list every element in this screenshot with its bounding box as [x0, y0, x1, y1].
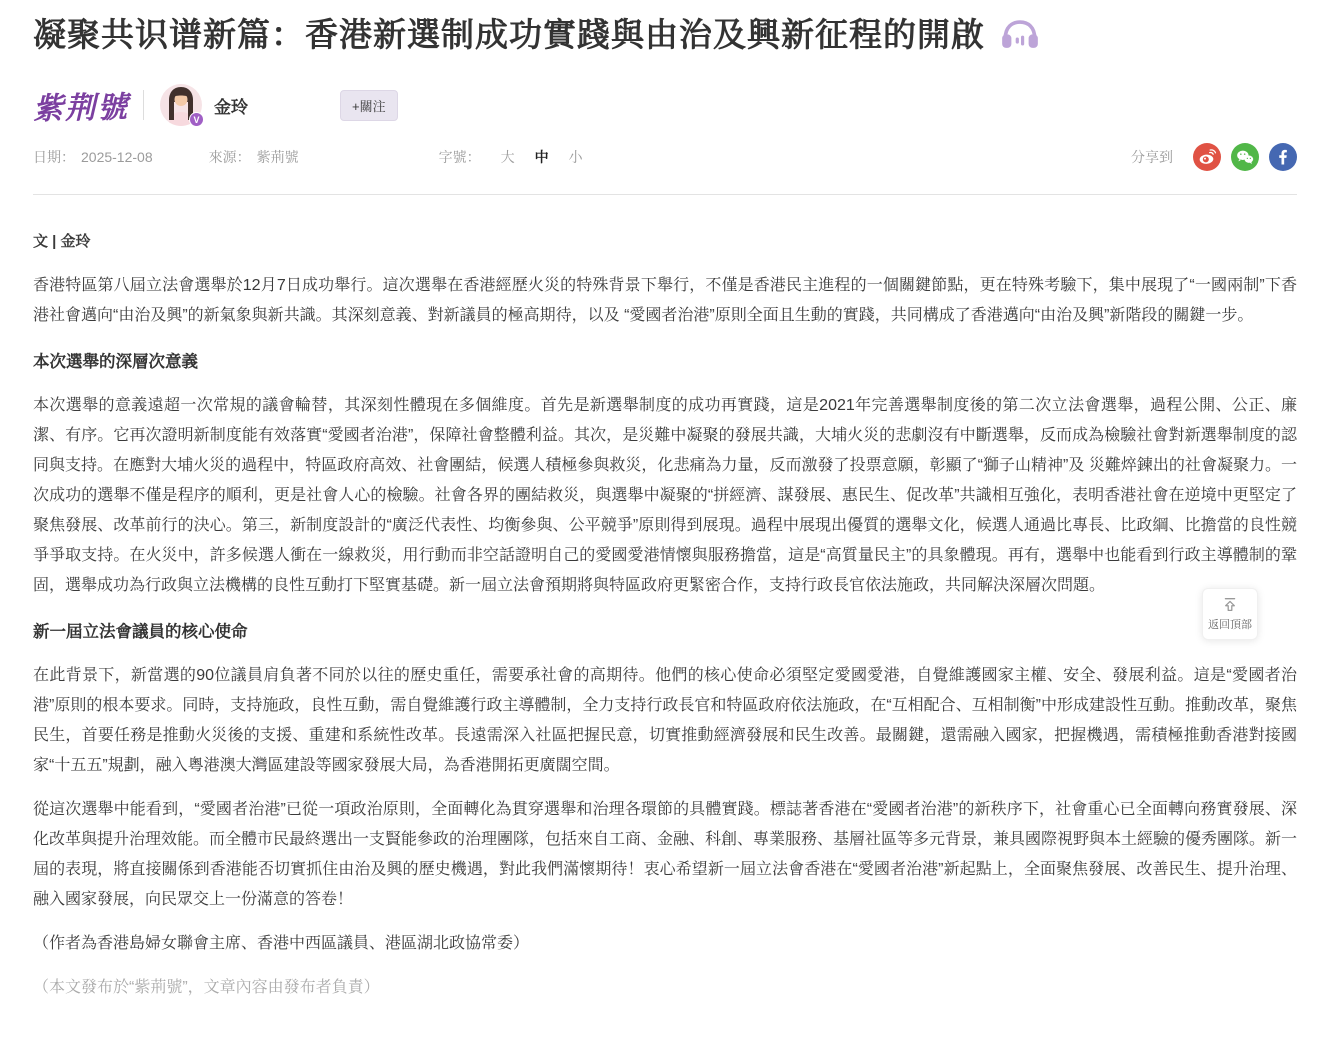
font-size-option-large[interactable]: 大: [501, 147, 515, 167]
back-to-top-button[interactable]: 返回頂部: [1202, 588, 1258, 640]
source-value: 紫荊號: [257, 147, 299, 167]
weibo-share-icon[interactable]: [1193, 143, 1221, 171]
follow-button[interactable]: +關注: [340, 90, 398, 121]
font-size-option-small[interactable]: 小: [569, 147, 583, 167]
date-label: 日期：: [33, 147, 75, 167]
meta-bar: 日期： 2025-12-08 來源： 紫荊號 字號： 大 中 小 分享到: [33, 142, 1297, 172]
author-avatar[interactable]: V: [160, 84, 202, 126]
page-title: 凝聚共识谱新篇：香港新選制成功實踐與由治及興新征程的開啟: [33, 12, 1297, 58]
verified-badge: V: [189, 112, 204, 127]
wechat-share-icon[interactable]: [1231, 143, 1259, 171]
font-size-label: 字號：: [439, 147, 481, 167]
date-value: 2025-12-08: [81, 149, 153, 165]
page-title-text: 凝聚共识谱新篇：香港新選制成功實踐與由治及興新征程的開啟: [33, 12, 985, 58]
back-to-top-label: 返回頂部: [1208, 616, 1252, 632]
author-bar: 紫荆號 V 金玲 +關注: [33, 82, 1297, 128]
article-paragraph: 本次選舉的意義遠超一次常規的議會輪替，其深刻性體現在多個維度。首先是新選舉制度的…: [33, 391, 1297, 601]
share-label: 分享到: [1131, 147, 1173, 167]
arrow-up-icon: [1221, 596, 1239, 614]
article-paragraph: 在此背景下，新當選的90位議員肩負著不同於以往的歷史重任，需要承社會的高期待。他…: [33, 661, 1297, 781]
article-disclaimer: （本文發布於“紫荊號”，文章內容由發布者負責）: [33, 973, 1297, 1003]
article-page: 凝聚共识谱新篇：香港新選制成功實踐與由治及興新征程的開啟 紫荆號 V 金玲 +關…: [0, 0, 1319, 1037]
font-size-control: 字號： 大 中 小: [439, 147, 583, 167]
article-byline: 文 | 金玲: [33, 227, 1297, 257]
facebook-share-icon[interactable]: [1269, 143, 1297, 171]
font-size-option-medium[interactable]: 中: [535, 147, 549, 167]
share-bar: 分享到: [1131, 143, 1297, 171]
section-heading: 新一屆立法會議員的核心使命: [33, 617, 1297, 647]
vertical-divider: [143, 90, 144, 120]
author-name[interactable]: 金玲: [214, 93, 248, 118]
headphone-icon[interactable]: [999, 19, 1041, 51]
article-body: 文 | 金玲 香港特區第八屆立法會選舉於12月7日成功舉行。這次選舉在香港經歷火…: [33, 195, 1297, 1003]
article-paragraph: 從這次選舉中能看到，“愛國者治港”已從一項政治原則，全面轉化為貫穿選舉和治理各環…: [33, 795, 1297, 915]
section-heading: 本次選舉的深層次意義: [33, 347, 1297, 377]
article-author-note: （作者為香港島婦女聯會主席、香港中西區議員、港區湖北政協常委）: [33, 929, 1297, 959]
article-paragraph: 香港特區第八屆立法會選舉於12月7日成功舉行。這次選舉在香港經歷火災的特殊背景下…: [33, 271, 1297, 331]
brand-logo[interactable]: 紫荆號: [33, 82, 130, 128]
source-label: 來源：: [209, 147, 251, 167]
